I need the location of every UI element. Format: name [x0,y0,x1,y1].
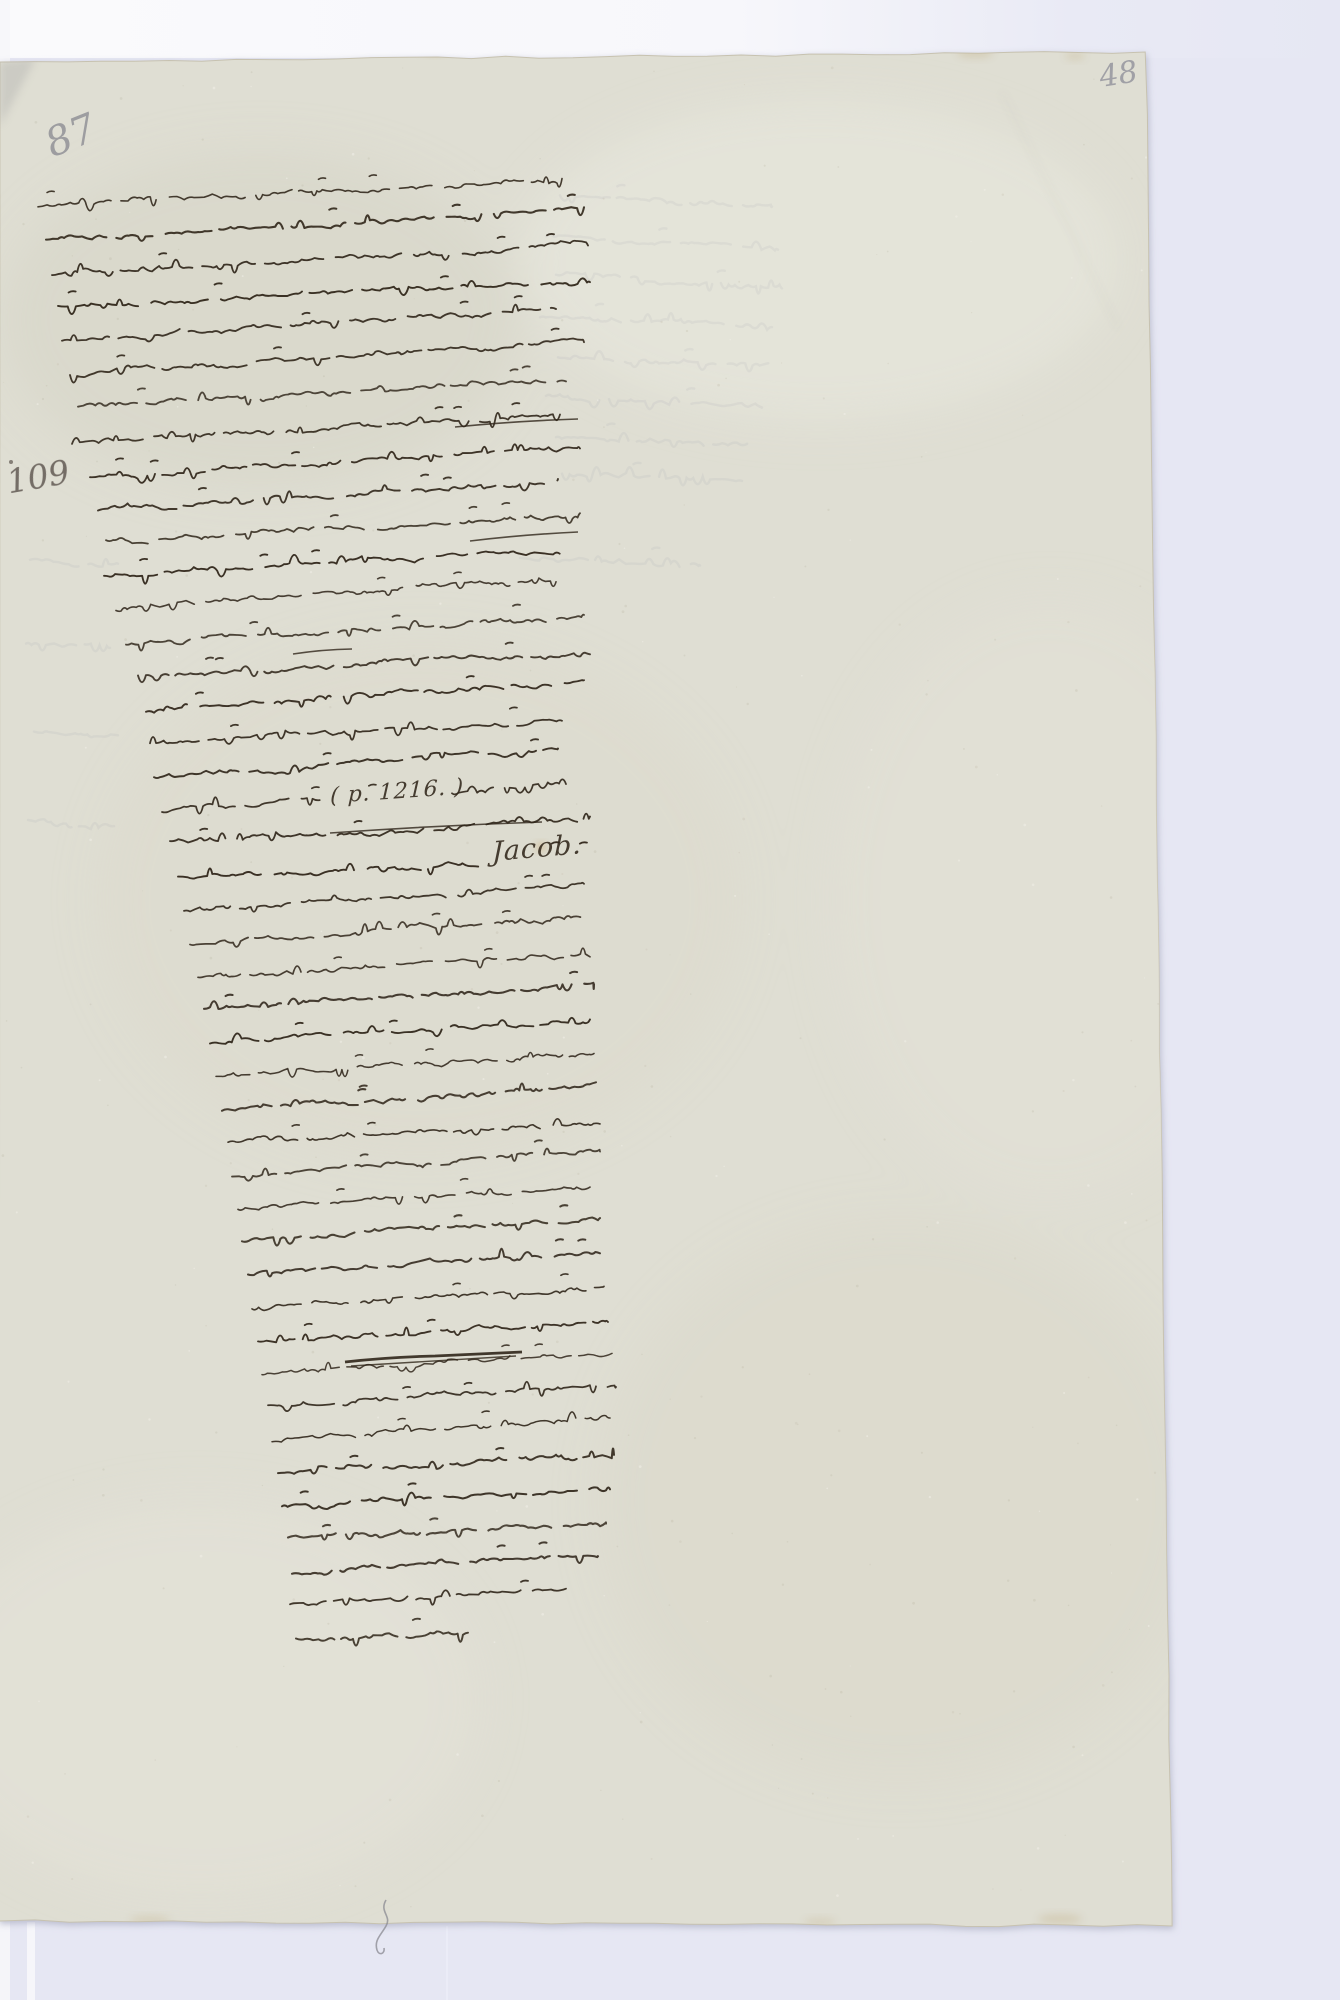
scanned-page: ( p. 1216. )Jacob. 87 48 109 [0,0,1340,2000]
scanner-top-highlight [0,0,1340,58]
manuscript-scan: ( p. 1216. )Jacob. 87 48 109 [0,0,1340,2000]
pencil-folio-number-top-right: 48 [1096,54,1140,95]
bottom-left-edge-strip [27,1922,35,2000]
background-crease [446,1926,448,2000]
